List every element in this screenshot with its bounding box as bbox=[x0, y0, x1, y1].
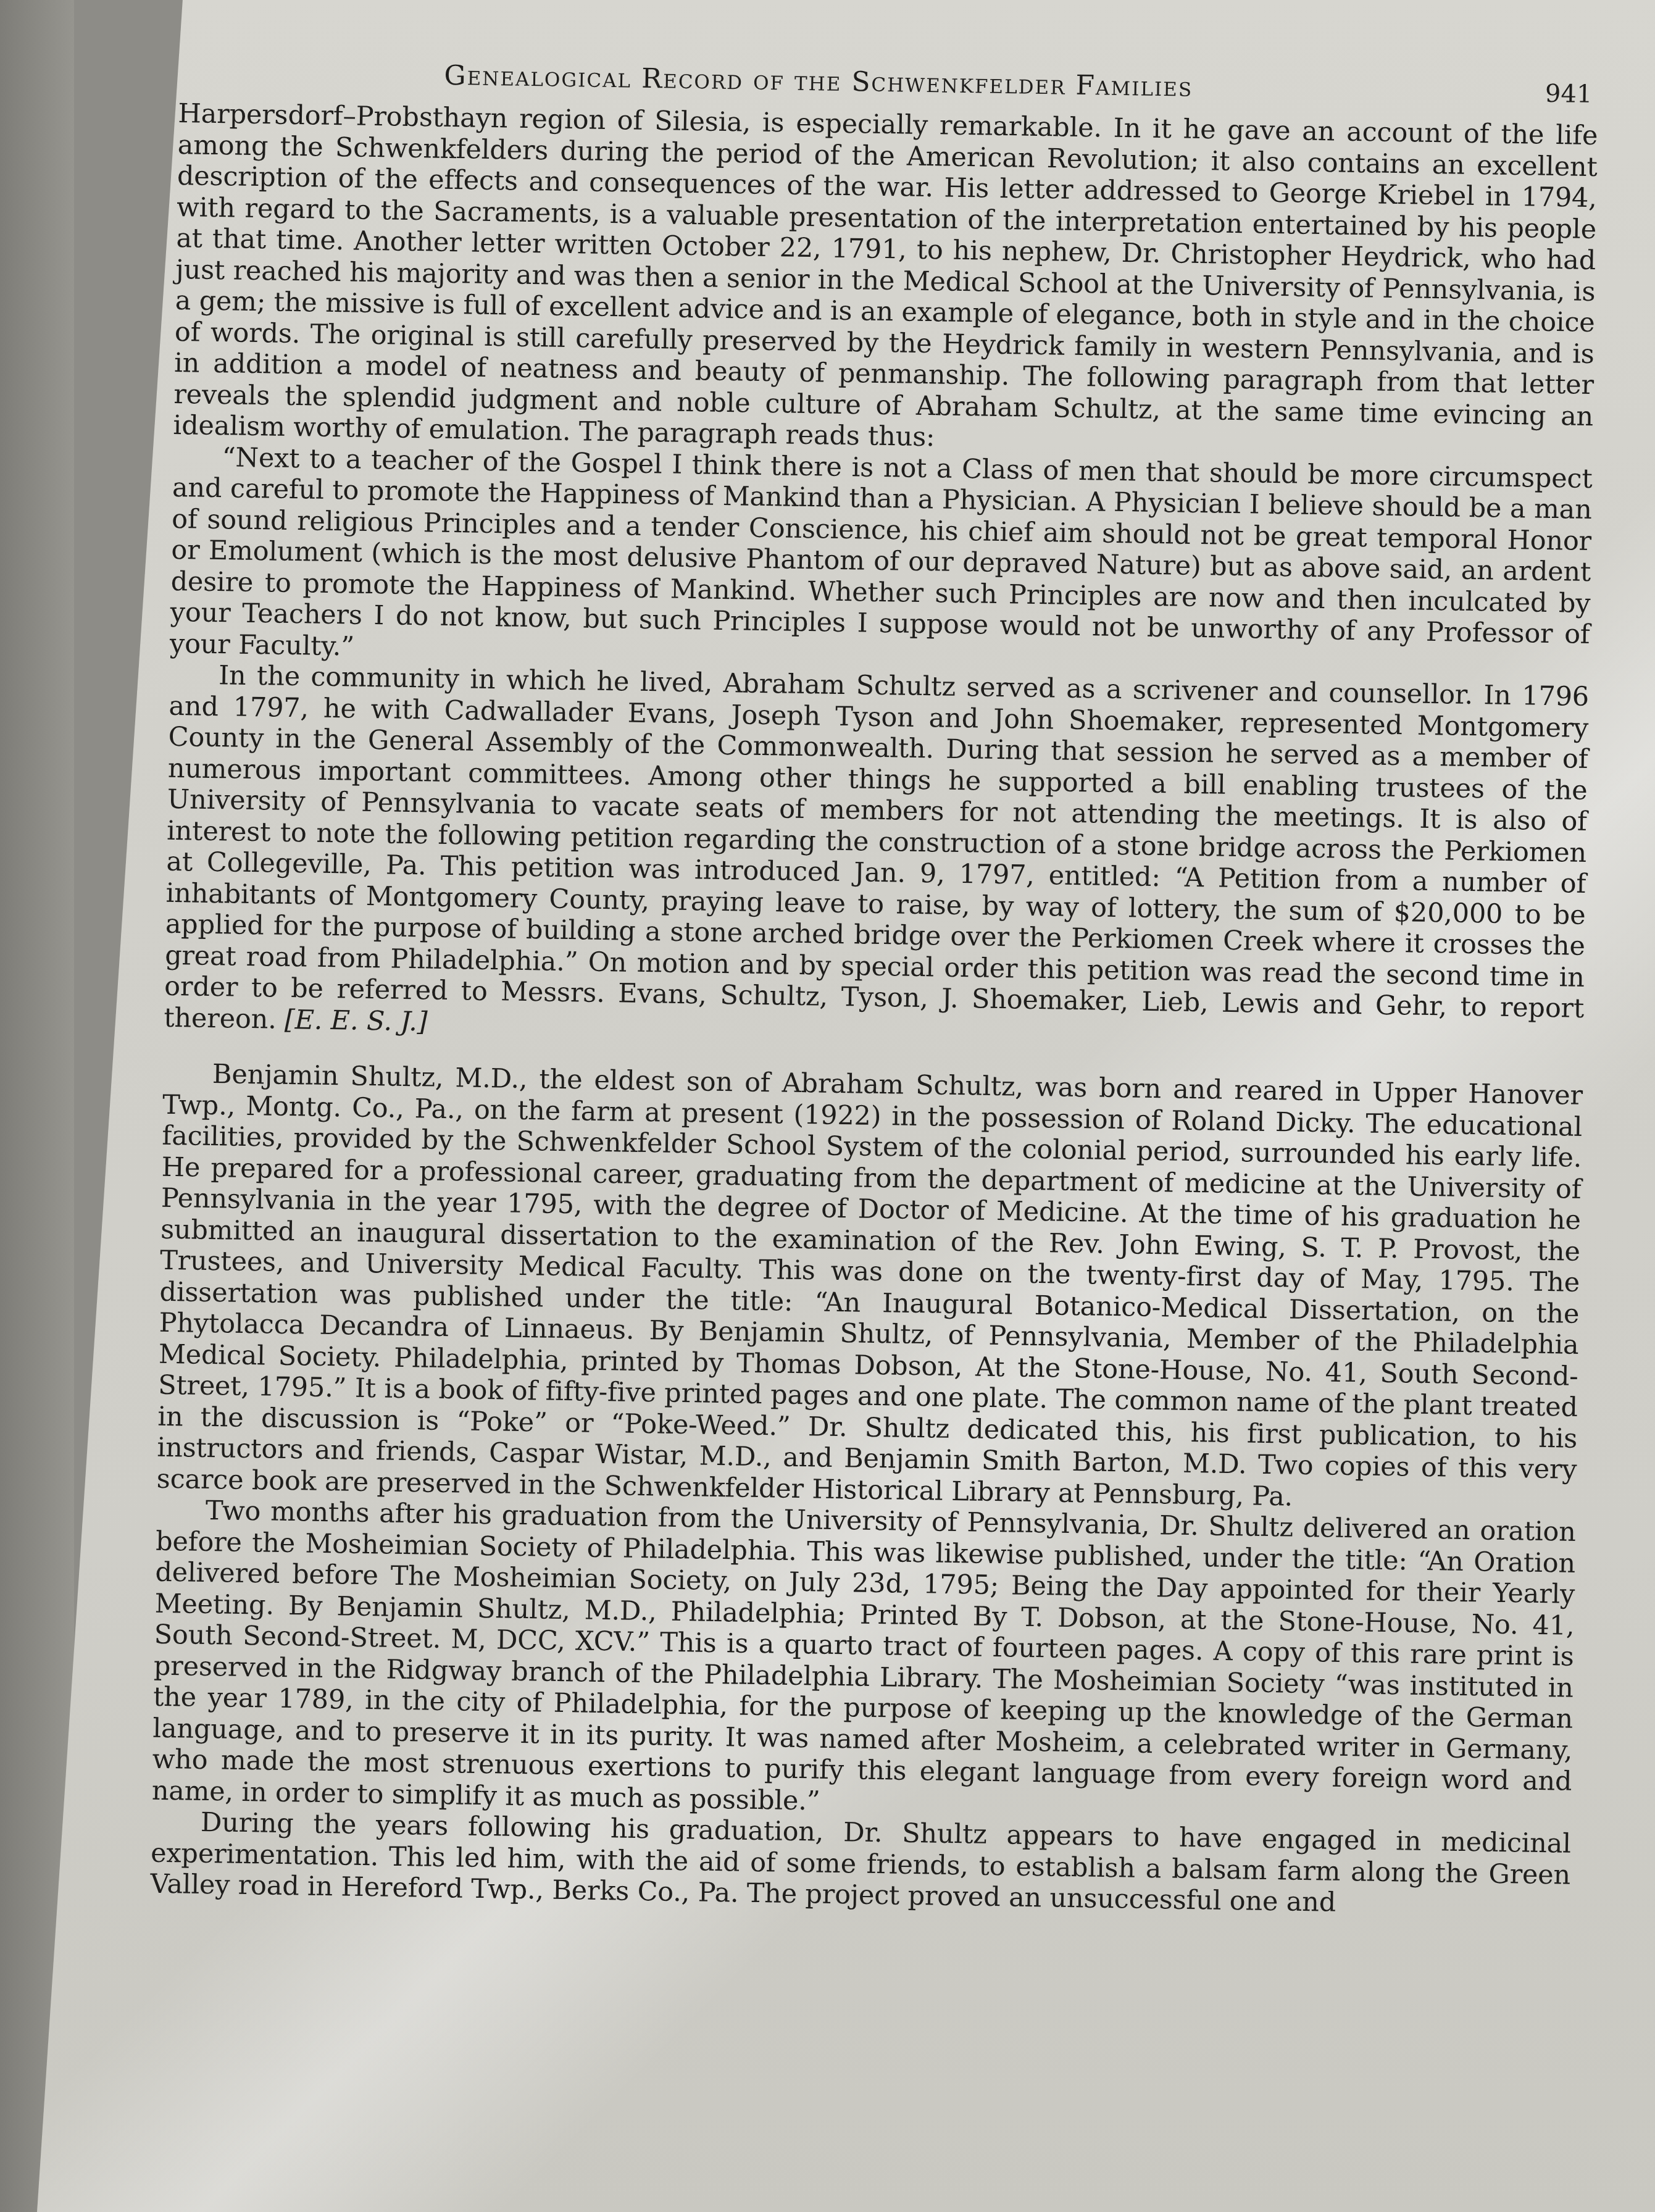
paragraph-mosheimian-oration: Two months after his graduation from the… bbox=[151, 1495, 1576, 1829]
running-head: Genealogical Record of the Schwenkfelder… bbox=[444, 60, 1599, 109]
paragraph-letters: Harpersdorf–Probsthayn region of Silesia… bbox=[173, 98, 1598, 464]
author-signature: [E. E. S. J.] bbox=[285, 1004, 428, 1037]
running-title: Genealogical Record of the Schwenkfelder… bbox=[444, 60, 1193, 103]
paragraph-quoted-letter: “Next to a teacher of the Gospel I think… bbox=[170, 441, 1593, 682]
paragraph-benjamin-shultz: Benjamin Shultz, M.D., the eldest son of… bbox=[156, 1058, 1583, 1517]
paragraph-community-service-text: In the community in which he lived, Abra… bbox=[164, 660, 1589, 1035]
page-number: 941 bbox=[1545, 80, 1593, 109]
book-page: Genealogical Record of the Schwenkfelder… bbox=[37, 0, 1655, 2212]
paragraph-community-service: In the community in which he lived, Abra… bbox=[164, 659, 1589, 1056]
page-content: Genealogical Record of the Schwenkfelder… bbox=[150, 56, 1599, 1922]
